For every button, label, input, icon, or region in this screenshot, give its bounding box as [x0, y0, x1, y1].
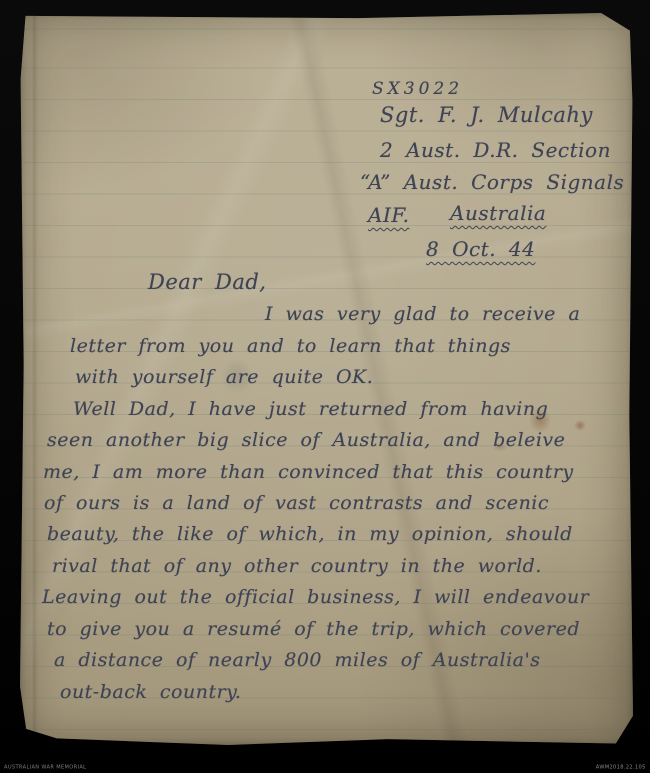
letter-line: rival that of any other country in the w…	[52, 555, 542, 577]
letter-line: a distance of nearly 800 miles of Austra…	[54, 649, 540, 671]
letter-paper: SX3022 Sgt. F. J. Mulcahy 2 Aust. D.R. S…	[20, 13, 633, 745]
letter-line: with yourself are quite OK.	[75, 366, 373, 388]
letter-line: I was very glad to receive a	[265, 303, 580, 325]
sender-name: Sgt. F. J. Mulcahy	[380, 103, 593, 127]
sender-corps: “A” Aust. Corps Signals	[360, 170, 624, 194]
letter-date: 8 Oct. 44	[426, 237, 535, 261]
letter-line: out-back country.	[60, 681, 241, 703]
letter-line: to give you a resumé of the trip, which …	[47, 618, 580, 640]
archive-label: AUSTRALIAN WAR MEMORIAL	[4, 764, 86, 770]
rust-stain	[572, 418, 588, 433]
letter-line: me, I am more than convinced that this c…	[43, 461, 574, 483]
letter-line: seen another big slice of Australia, and…	[47, 429, 565, 451]
salutation: Dear Dad,	[148, 270, 266, 294]
service-number: SX3022	[372, 79, 463, 99]
letter-line: beauty, the like of which, in my opinion…	[47, 523, 573, 545]
sender-country: Australia	[450, 201, 546, 225]
letter-line: of ours is a land of vast contrasts and …	[44, 492, 549, 514]
sender-unit: 2 Aust. D.R. Section	[380, 138, 611, 162]
sender-force: AIF.	[368, 203, 409, 227]
archive-accession-number: AWM2018.22.105	[596, 764, 646, 770]
letter-line: Leaving out the official business, I wil…	[42, 586, 589, 608]
letter-line: Well Dad, I have just returned from havi…	[73, 398, 548, 420]
scanned-letter-stage: SX3022 Sgt. F. J. Mulcahy 2 Aust. D.R. S…	[0, 0, 650, 773]
letter-line: letter from you and to learn that things	[70, 335, 511, 357]
